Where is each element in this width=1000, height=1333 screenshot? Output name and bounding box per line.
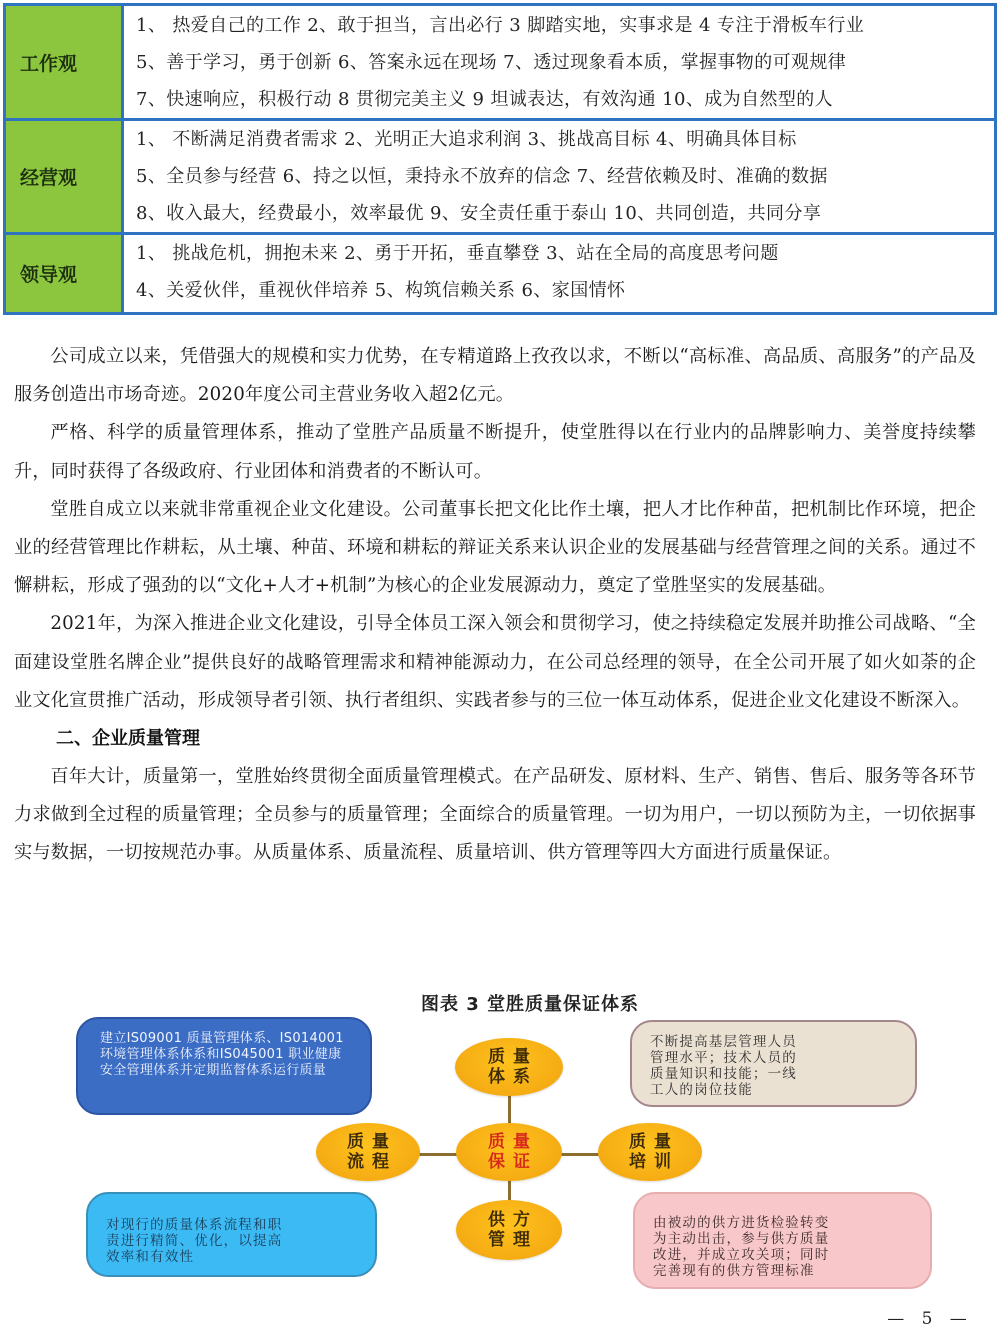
note-line: 效率和有效性 (106, 1249, 375, 1265)
node-label: 体系 (480, 1067, 538, 1087)
value-line: 4、关爱伙伴，重视伙伴培养 5、构筑信赖关系 6、家国情怀 (136, 272, 984, 309)
node-quality-training: 质量 培训 (598, 1123, 702, 1181)
note-line: 工人的岗位技能 (650, 1082, 915, 1098)
value-line: 1、 不断满足消费者需求 2、光明正大追求利润 3、挑战高目标 4、明确具体目标 (136, 121, 984, 158)
node-label: 管理 (480, 1230, 538, 1250)
node-label: 质量 (480, 1132, 538, 1152)
note-line: 责进行精简、优化，以提高 (106, 1233, 375, 1249)
node-quality-assurance-center: 质量 保证 (456, 1123, 562, 1181)
note-quality-system: 建立IS09001 质量管理体系、IS014001 环境管理体系体系和IS045… (76, 1017, 372, 1115)
table-row-business-view: 经营观 1、 不断满足消费者需求 2、光明正大追求利润 3、挑战高目标 4、明确… (6, 121, 994, 235)
value-line: 8、收入最大，经费最小，效率最优 9、安全责任重于泰山 10、共同创造，共同分享 (136, 195, 984, 232)
row-heading: 工作观 (6, 6, 124, 118)
paragraph: 堂胜自成立以来就非常重视企业文化建设。公司董事长把文化比作土壤，把人才比作种苗，… (14, 491, 976, 606)
row-heading: 经营观 (6, 121, 124, 232)
row-content: 1、 不断满足消费者需求 2、光明正大追求利润 3、挑战高目标 4、明确具体目标… (124, 121, 994, 232)
value-line: 1、 挑战危机，拥抱未来 2、勇于开拓，垂直攀登 3、站在全局的高度思考问题 (136, 235, 984, 272)
node-label: 流程 (339, 1152, 397, 1172)
note-line: 质量知识和技能；一线 (650, 1066, 915, 1082)
note-supplier-management: 由被动的供方进货检验转变 为主动出击，参与供方质量 改进，并成立攻关项；同时 完… (633, 1192, 932, 1289)
note-line: 为主动出击，参与供方质量 (653, 1231, 930, 1247)
value-line: 5、善于学习，勇于创新 6、答案永远在现场 7、透过现象看本质，掌握事物的可观规… (136, 44, 984, 81)
value-line: 5、全员参与经营 6、持之以恒，秉持永不放弃的信念 7、经营依赖及时、准确的数据 (136, 158, 984, 195)
node-supplier-management: 供方 管理 (456, 1200, 562, 1260)
node-label: 质量 (480, 1047, 538, 1067)
note-quality-training: 不断提高基层管理人员 管理水平；技术人员的 质量知识和技能；一线 工人的岗位技能 (630, 1020, 917, 1107)
note-line: 改进，并成立攻关项；同时 (653, 1247, 930, 1263)
node-label: 培训 (621, 1152, 679, 1172)
note-line: 安全管理体系并定期监督体系运行质量 (100, 1063, 370, 1079)
article-body: 公司成立以来，凭借强大的规模和实力优势，在专精道路上孜孜以求，不断以“高标准、高… (14, 338, 976, 873)
node-label: 质量 (339, 1132, 397, 1152)
value-line: 1、 热爱自己的工作 2、敢于担当，言出必行 3 脚踏实地，实事求是 4 专注于… (136, 7, 984, 44)
page-number: — 5 — (880, 1309, 980, 1329)
quality-assurance-diagram: 质量 体系 质量 流程 质量 保证 质量 培训 供方 管理 建立IS09001 … (0, 1010, 1000, 1290)
values-table: 工作观 1、 热爱自己的工作 2、敢于担当，言出必行 3 脚踏实地，实事求是 4… (3, 3, 997, 315)
value-line: 7、快速响应，积极行动 8 贯彻完美主义 9 坦诚表达，有效沟通 10、成为自然… (136, 81, 984, 118)
note-line: 建立IS09001 质量管理体系、IS014001 (100, 1031, 370, 1047)
paragraph: 2021年，为深入推进企业文化建设，引导全体员工深入领会和贯彻学习，使之持续稳定… (14, 605, 976, 720)
paragraph: 百年大计，质量第一，堂胜始终贯彻全面质量管理模式。在产品研发、原材料、生产、销售… (14, 758, 976, 873)
row-content: 1、 热爱自己的工作 2、敢于担当，言出必行 3 脚踏实地，实事求是 4 专注于… (124, 6, 994, 118)
note-line: 对现行的质量体系流程和职 (106, 1217, 375, 1233)
row-content: 1、 挑战危机，拥抱未来 2、勇于开拓，垂直攀登 3、站在全局的高度思考问题 4… (124, 235, 994, 312)
note-line: 管理水平；技术人员的 (650, 1050, 915, 1066)
table-row-leadership-view: 领导观 1、 挑战危机，拥抱未来 2、勇于开拓，垂直攀登 3、站在全局的高度思考… (6, 235, 994, 312)
note-quality-process: 对现行的质量体系流程和职 责进行精简、优化，以提高 效率和有效性 (86, 1192, 377, 1277)
node-label: 保证 (480, 1152, 538, 1172)
table-row-work-view: 工作观 1、 热爱自己的工作 2、敢于担当，言出必行 3 脚踏实地，实事求是 4… (6, 6, 994, 121)
paragraph: 严格、科学的质量管理体系，推动了堂胜产品质量不断提升，使堂胜得以在行业内的品牌影… (14, 414, 976, 490)
note-line: 由被动的供方进货检验转变 (653, 1215, 930, 1231)
node-quality-system: 质量 体系 (455, 1038, 563, 1096)
node-quality-process: 质量 流程 (316, 1123, 420, 1181)
row-heading: 领导观 (6, 235, 124, 312)
section-heading: 二、企业质量管理 (14, 720, 976, 758)
paragraph: 公司成立以来，凭借强大的规模和实力优势，在专精道路上孜孜以求，不断以“高标准、高… (14, 338, 976, 414)
note-line: 环境管理体系体系和IS045001 职业健康 (100, 1047, 370, 1063)
node-label: 供方 (480, 1210, 538, 1230)
note-line: 完善现有的供方管理标准 (653, 1263, 930, 1279)
node-label: 质量 (621, 1132, 679, 1152)
note-line: 不断提高基层管理人员 (650, 1034, 915, 1050)
